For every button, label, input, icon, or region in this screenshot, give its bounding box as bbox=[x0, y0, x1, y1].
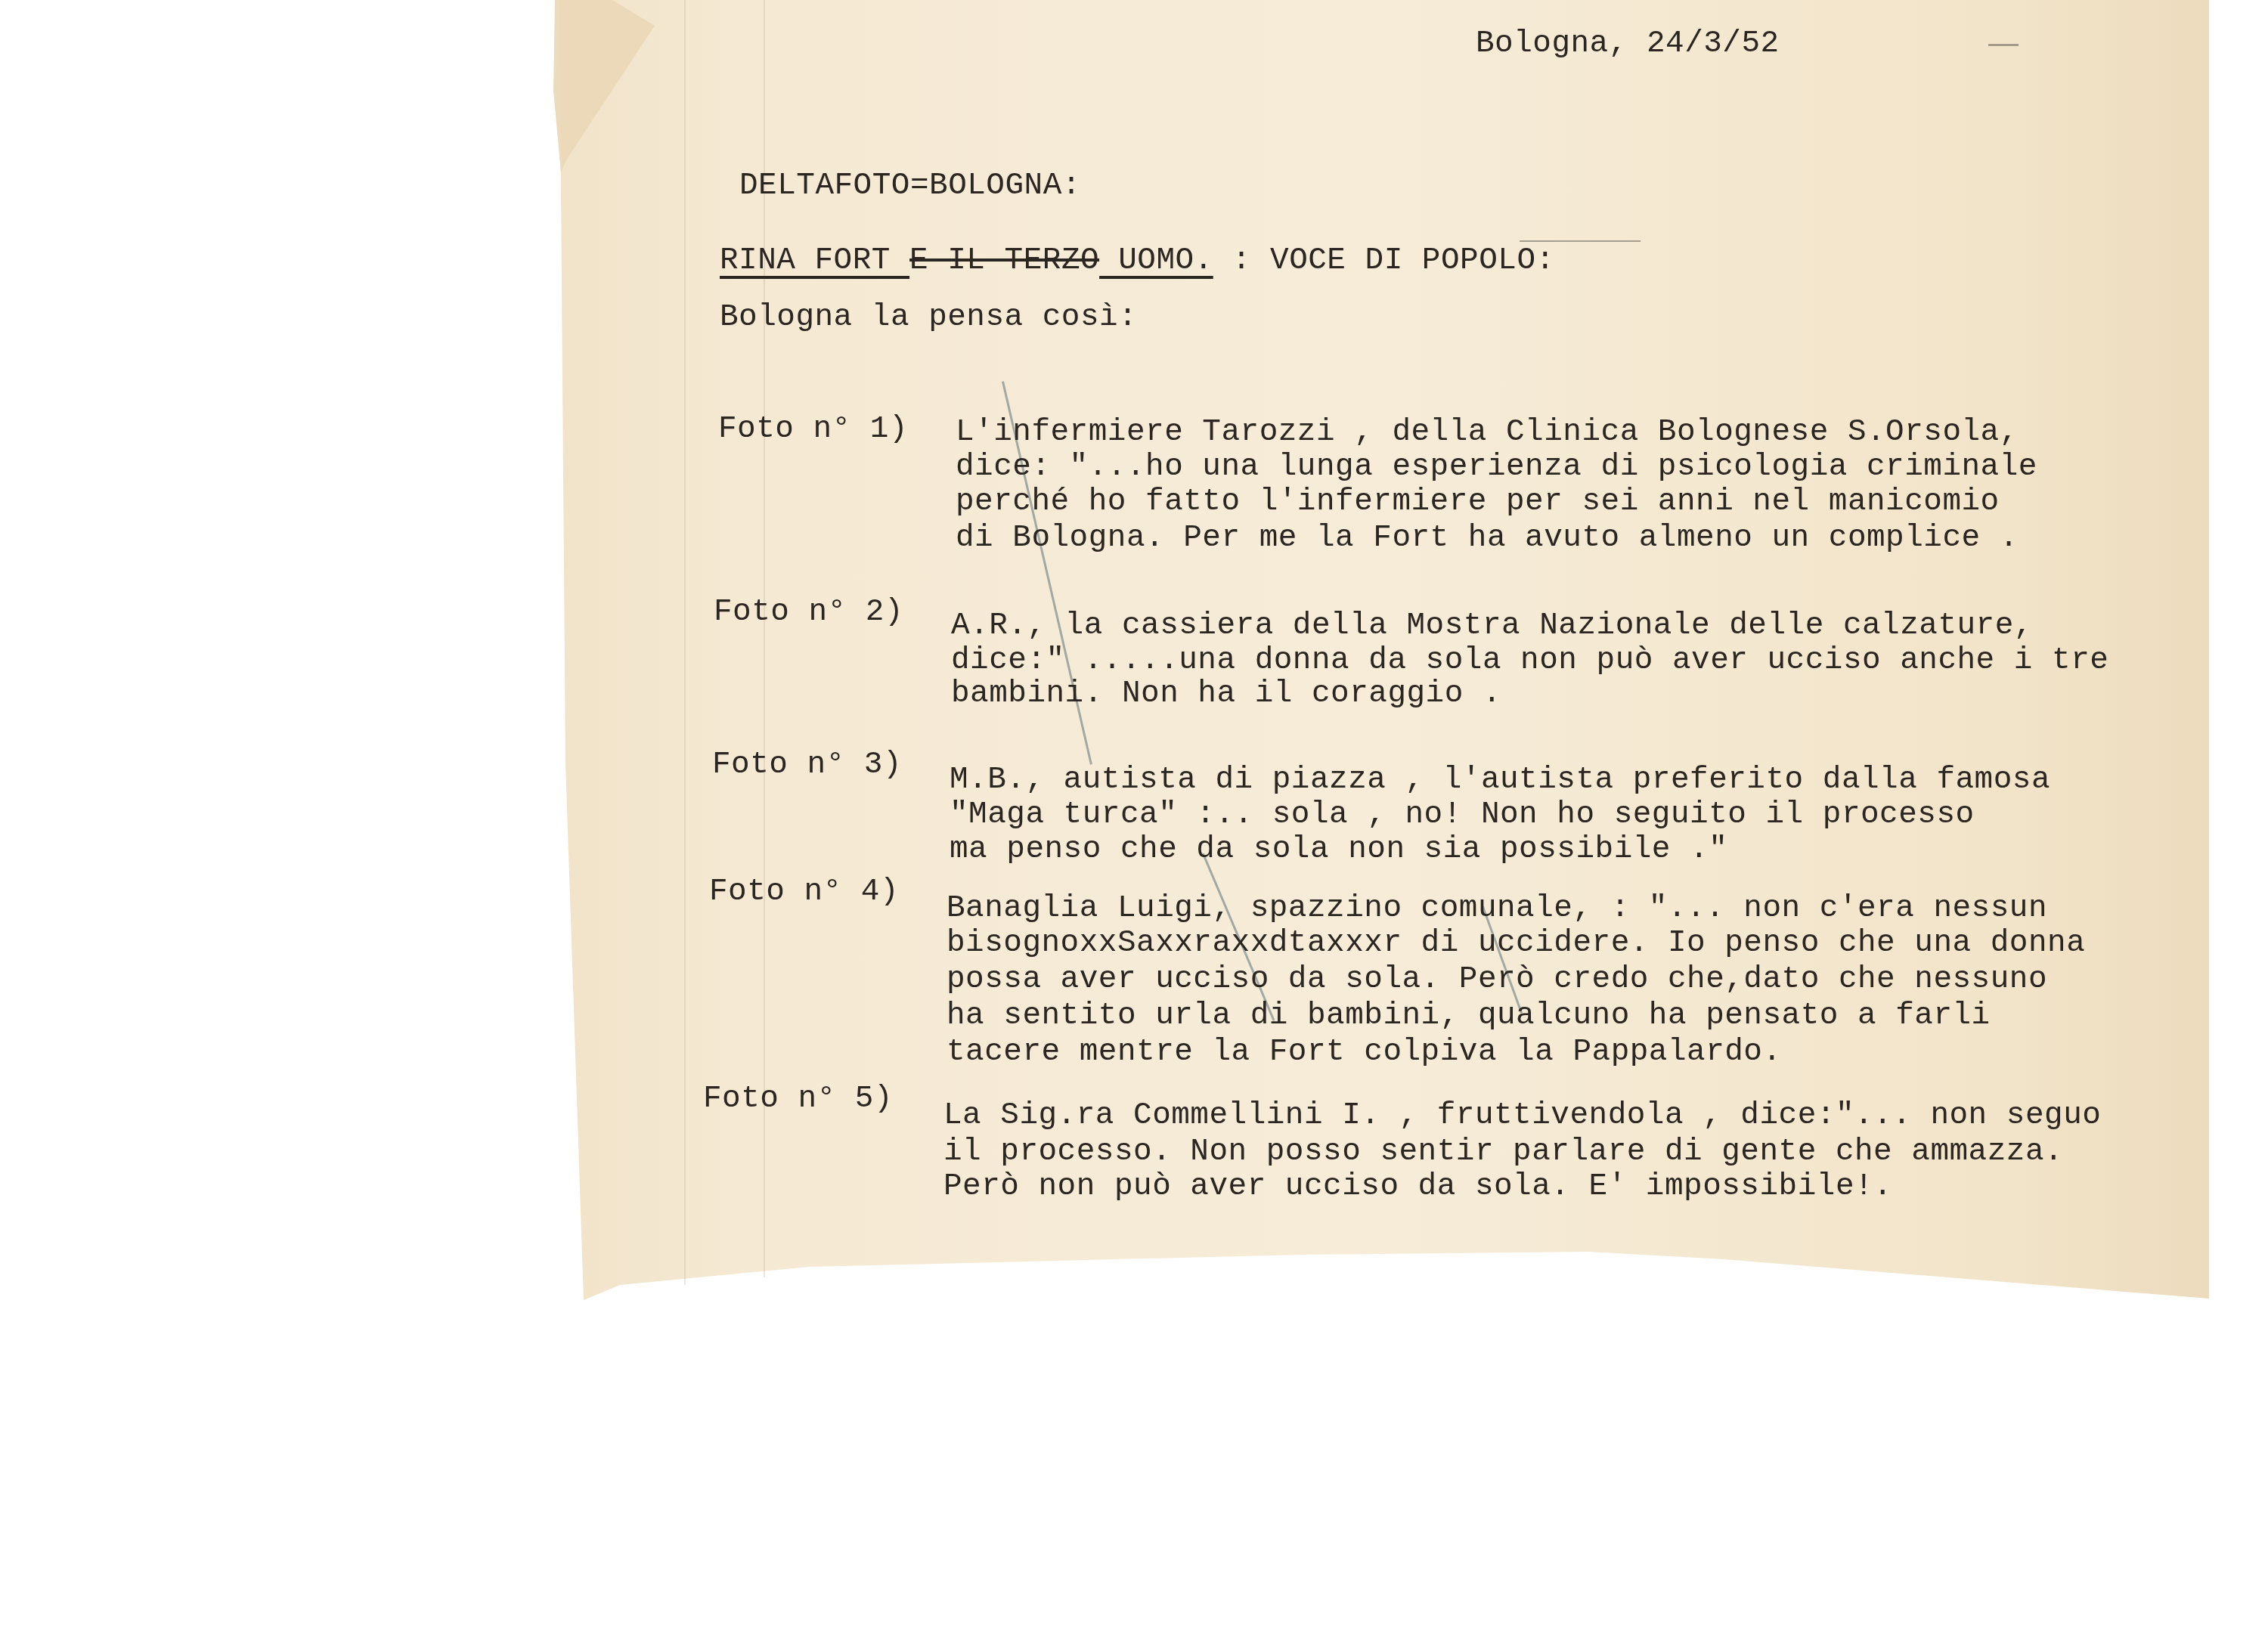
margin-mark bbox=[1988, 44, 2019, 46]
entry-line: M.B., autista di piazza , l'autista pref… bbox=[950, 765, 2050, 796]
headline-suffix: : VOCE DI POPOLO: bbox=[1213, 243, 1555, 278]
entry-line: bambini. Non ha il coraggio . bbox=[951, 679, 1501, 710]
entry-label: Foto n° 5) bbox=[703, 1084, 893, 1115]
place-date: Bologna, 24/3/52 bbox=[1476, 29, 1780, 60]
margin-mark bbox=[1520, 240, 1641, 242]
entry-line: L'infermiere Tarozzi , della Clinica Bol… bbox=[956, 417, 2019, 448]
entry-line: Banaglia Luigi, spazzino comunale, : "..… bbox=[947, 893, 2047, 924]
entry-line: dice:" .....una donna da sola non può av… bbox=[951, 645, 2108, 676]
entry-line: di Bologna. Per me la Fort ha avuto alme… bbox=[956, 523, 2019, 554]
intro-line: Bologna la pensa così: bbox=[720, 302, 1137, 333]
entry-line: A.R., la cassiera della Mostra Nazionale… bbox=[951, 611, 2033, 642]
entry-line: Però non può aver ucciso da sola. E' imp… bbox=[943, 1172, 1892, 1203]
entry-label: Foto n° 2) bbox=[714, 597, 903, 628]
entry-line: dice: "...ho una lunga esperienza di psi… bbox=[956, 452, 2037, 483]
entry-line: La Sig.ra Commellini I. , fruttivendola … bbox=[943, 1101, 2101, 1132]
entry-label: Foto n° 4) bbox=[709, 877, 899, 908]
entry-line: "Maga turca" :.. sola , no! Non ho segui… bbox=[950, 800, 1975, 831]
entry-line: ma penso che da sola non sia possibile .… bbox=[950, 834, 1727, 865]
headline: RINA FORT E IL TERZO UOMO. : VOCE DI POP… bbox=[720, 246, 1555, 277]
headline-part1: RINA FORT bbox=[720, 243, 909, 278]
entry-line: tacere mentre la Fort colpiva la Pappala… bbox=[947, 1037, 1782, 1068]
entry-line: perché ho fatto l'infermiere per sei ann… bbox=[956, 487, 2000, 518]
entry-line: bisognoxxSaxxraxxdtaxxxr di uccidere. Io… bbox=[947, 928, 2085, 959]
agency-header: DELTAFOTO=BOLOGNA: bbox=[739, 171, 1081, 202]
entry-line: il processo. Non posso sentir parlare di… bbox=[943, 1137, 2063, 1168]
entry-label: Foto n° 3) bbox=[712, 750, 902, 781]
entry-line: ha sentito urla di bambini, qualcuno ha … bbox=[947, 1001, 1991, 1032]
headline-part2: UOMO. bbox=[1099, 243, 1213, 278]
paper-crease bbox=[684, 0, 686, 1285]
entry-line: possa aver ucciso da sola. Però credo ch… bbox=[947, 964, 2047, 995]
headline-struck: E IL TERZO bbox=[909, 243, 1099, 278]
entry-label: Foto n° 1) bbox=[718, 414, 908, 445]
